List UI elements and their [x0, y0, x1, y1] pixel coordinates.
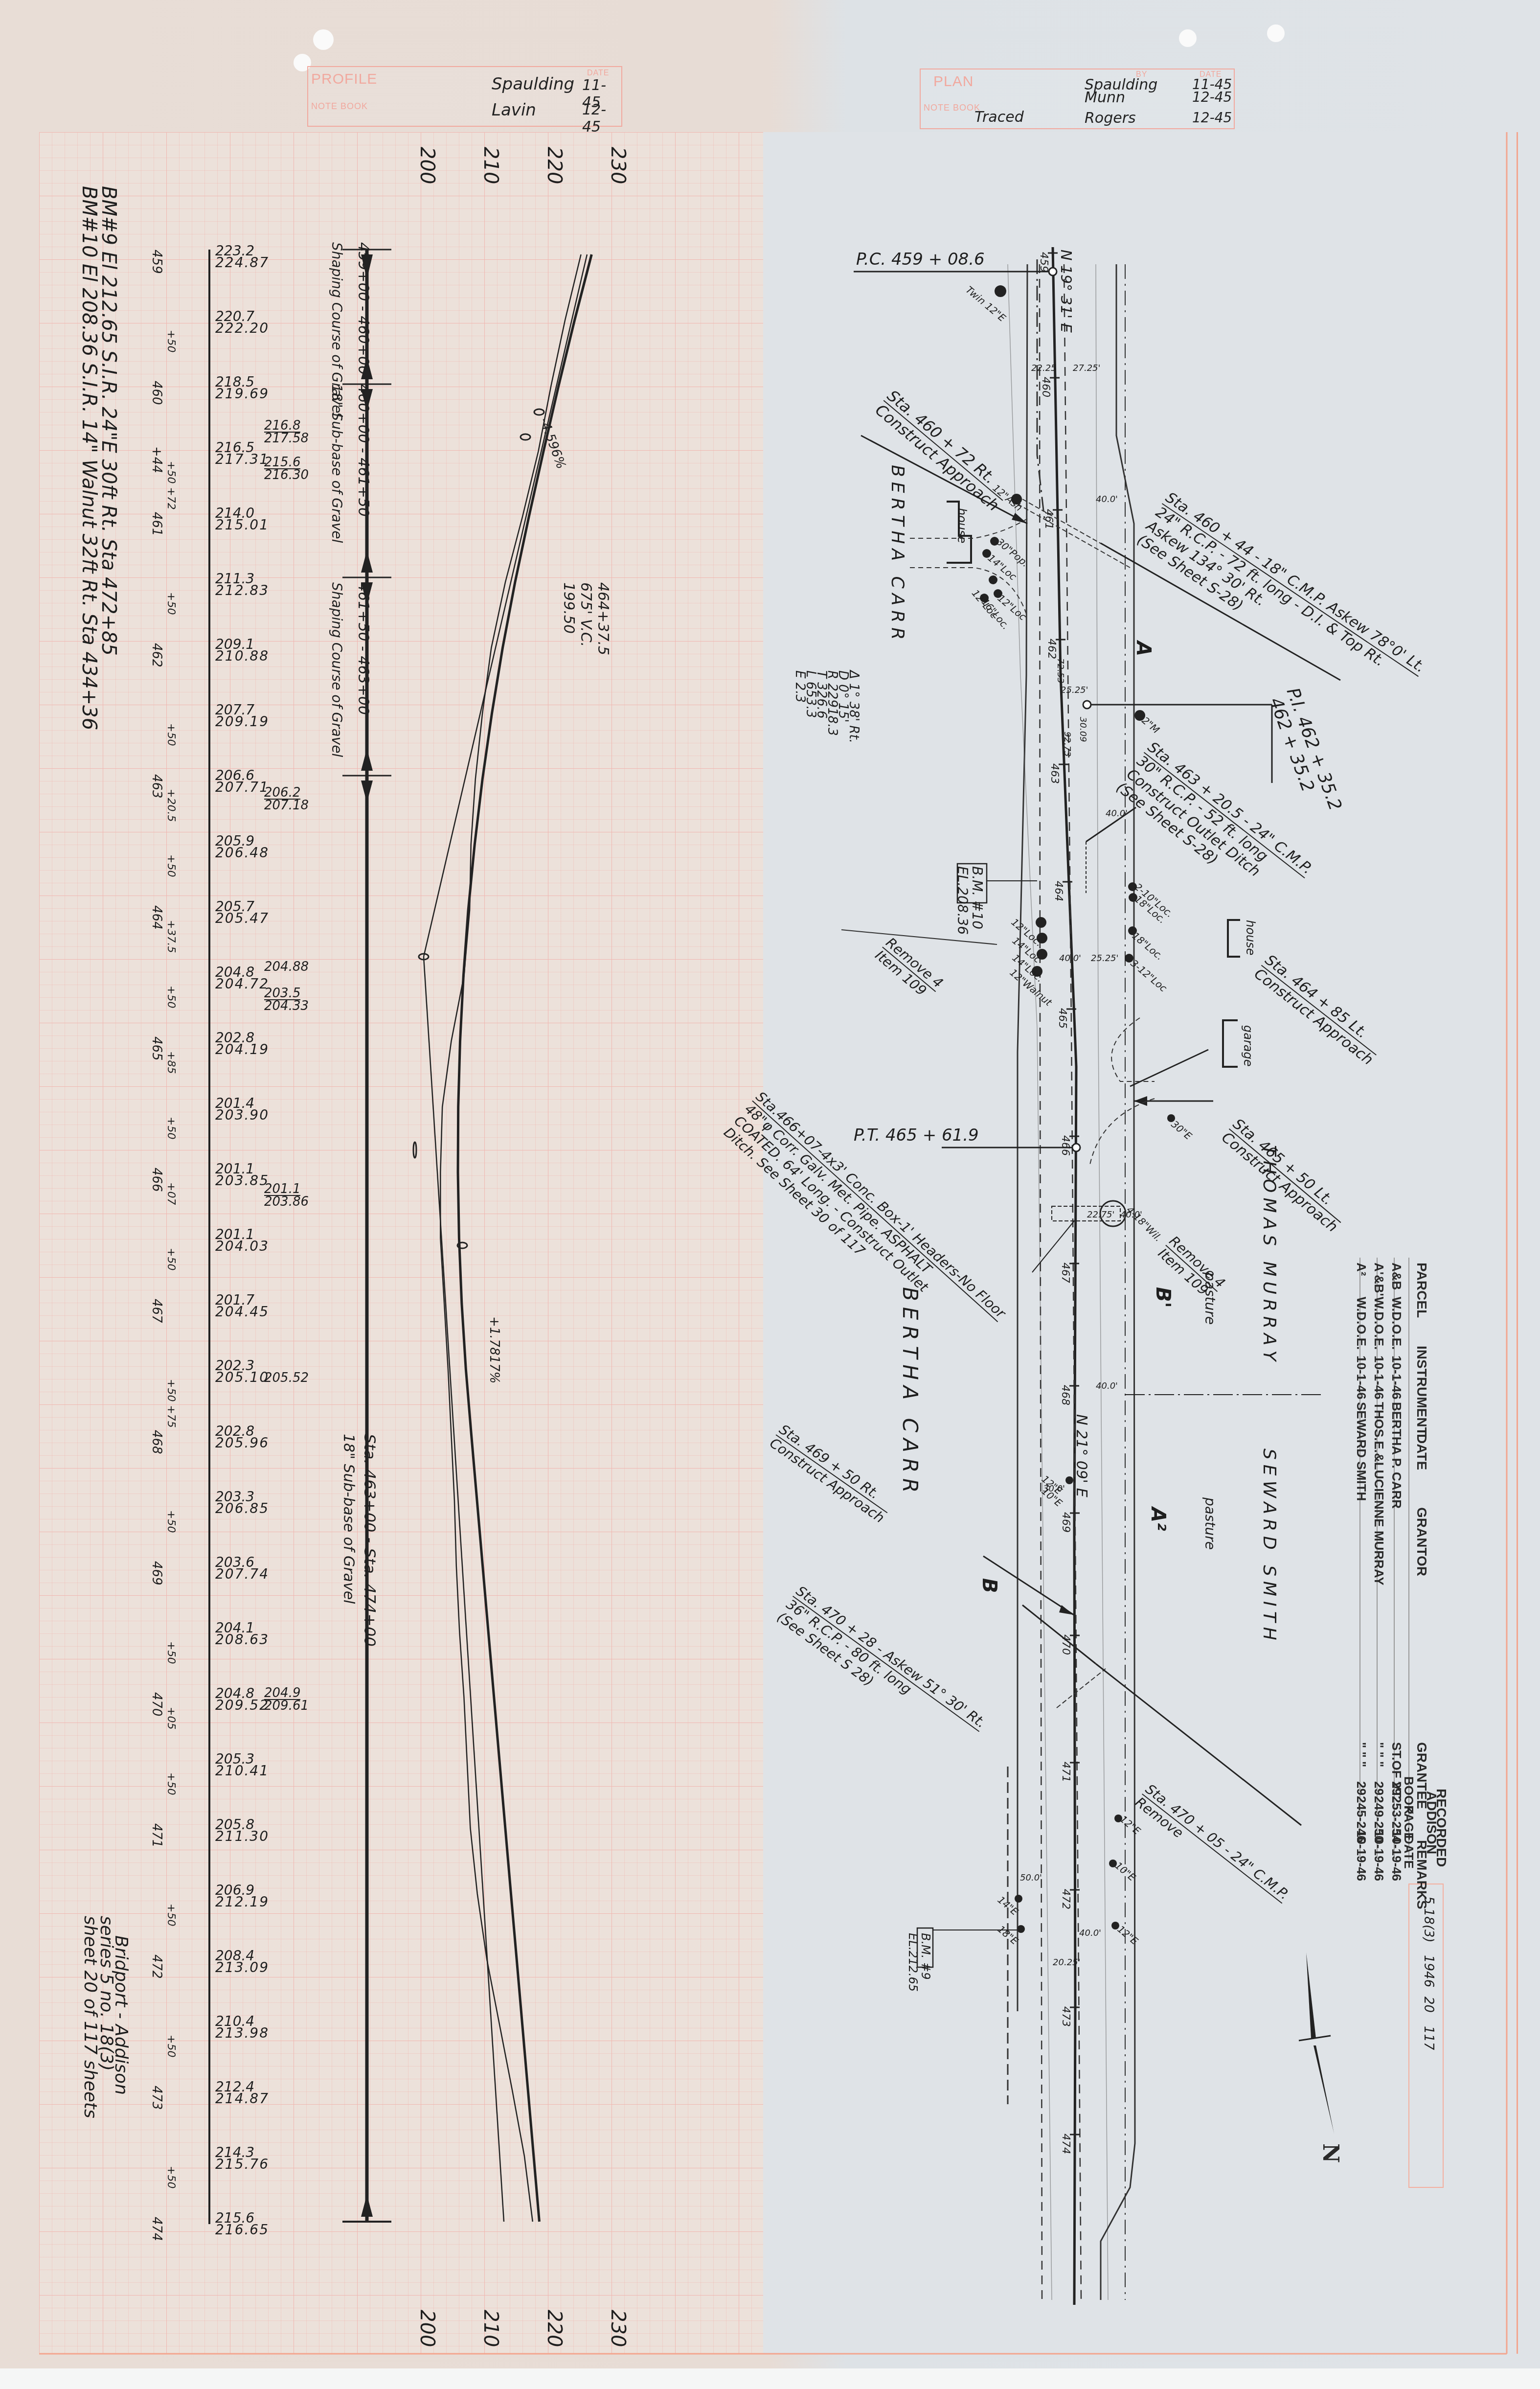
owner-seward-smith: SEWARD SMITH [1259, 1448, 1279, 1645]
garage-label: garage [1241, 1025, 1255, 1067]
row-table-cell: 29 [1371, 1781, 1386, 1795]
plan-station-label: 459 [1038, 252, 1050, 273]
row-table-header: INSTRUMENT [1414, 1346, 1429, 1436]
row-table-cell: W.D.O.E. [1354, 1297, 1369, 1350]
dimension-label: 40.0' [1096, 1381, 1118, 1391]
row-table-header: PARCEL [1414, 1263, 1429, 1318]
row-table-cell: 10-19-46 [1371, 1830, 1386, 1881]
row-table-cell: 10-1-46 [1389, 1355, 1404, 1400]
house-label-1: house [955, 508, 969, 543]
house-label-2: house [1244, 920, 1257, 955]
plan-station-label: 465 [1056, 1008, 1068, 1029]
section-a-label: A [1132, 641, 1155, 656]
owner-bertha-carr-2: BERTHA CARR [898, 1287, 922, 1498]
dimension-label: 30.0' [1043, 1484, 1065, 1494]
section-a2-label: A² [1147, 1507, 1169, 1531]
row-table-cell: A² [1354, 1263, 1369, 1276]
row-table-cell: W.D.O.E. [1389, 1297, 1404, 1350]
row-table-cell: W.D.O.E. [1371, 1297, 1386, 1350]
dimension-label: 50.0' [1020, 1873, 1042, 1883]
row-table-cell: A&B [1389, 1263, 1404, 1290]
row-table-cell: " " " [1354, 1742, 1369, 1767]
plan-station-label: 464 [1052, 881, 1064, 901]
owner-bertha-carr-1: BERTHA CARR [887, 465, 907, 644]
plan-station-label: 473 [1060, 2006, 1072, 2027]
dimension-label: 40.0' [1120, 1210, 1142, 1220]
bm10-elevation: EL.208.36 [955, 866, 970, 935]
row-table-header: DATE [1414, 1434, 1429, 1470]
plan-station-label: 466 [1059, 1135, 1071, 1156]
bm9-box: B.M. #9 EL.212.65 [906, 1933, 932, 1992]
row-table-header: GRANTOR [1414, 1507, 1429, 1576]
bearing-2: N 21° 09' E [1073, 1414, 1090, 1497]
pc-label: P.C. 459 + 08.6 [856, 250, 985, 269]
plan-station-label: 470 [1060, 1634, 1072, 1655]
row-table-cell: 10-1-46 [1354, 1355, 1369, 1400]
fed-year: 1946 [1421, 1955, 1436, 1987]
fed-sheet-no: 20 [1421, 1997, 1436, 2013]
dimension-label: 40.0' [1096, 494, 1118, 505]
row-table-cell: A'&B' [1371, 1263, 1386, 1296]
bm9-label: B.M. #9 [919, 1933, 932, 1992]
scan-margin [0, 2368, 1540, 2389]
dimension-label: 40.0' [1106, 808, 1128, 819]
row-table-cell: BERTHA P. CARR [1389, 1402, 1404, 1509]
fed-total-sheets: 117 [1421, 2026, 1436, 2050]
plan-station-label: 474 [1060, 2134, 1072, 2154]
section-b-prime-label: B' [1152, 1287, 1174, 1308]
plan-station-label: 467 [1059, 1263, 1071, 1283]
pt-label: P.T. 465 + 61.9 [854, 1126, 979, 1145]
dimension-label: 25.25' [1061, 685, 1088, 695]
fed-project-number: 5 18(3) [1421, 1896, 1436, 1943]
plan-station-label: 461 [1042, 509, 1055, 529]
plan-station-label: 468 [1059, 1385, 1071, 1405]
bearing-1: N 19° 31' E [1057, 250, 1074, 333]
dimension-label: 22.25 [1031, 363, 1057, 373]
pasture-label-2: pasture [1202, 1497, 1218, 1550]
dimension-label: 40.0' [1079, 1928, 1101, 1938]
dimension-label: 72.53 [1055, 658, 1065, 684]
dimension-label: 40.0' [1059, 953, 1081, 964]
row-table-cell: 10-1-46 [1371, 1355, 1386, 1400]
row-table-cell: THOS.E.&LUCIENNE MURRAY [1371, 1402, 1386, 1585]
dimension-label: 27.25' [1073, 363, 1100, 373]
dimension-label: 92.73 [1062, 732, 1072, 757]
plan-station-label: 472 [1060, 1889, 1072, 1909]
plan-station-label: 462 [1045, 639, 1058, 659]
row-table-cell: 10-19-46 [1389, 1830, 1404, 1881]
row-table-cell: 10-19-46 [1354, 1830, 1369, 1881]
plan-station-label: 471 [1060, 1762, 1072, 1782]
dimension-label: 25.25' [1091, 953, 1118, 964]
dimension-label: 30.09 [1078, 717, 1088, 742]
plan-station-label: 460 [1040, 377, 1052, 397]
bm10-box: B.M. #10 EL.208.36 [955, 866, 984, 935]
north-arrow-label: N [1318, 2143, 1343, 2163]
row-table-cell: 29 [1354, 1781, 1369, 1795]
plan-station-label: 469 [1060, 1512, 1072, 1533]
plan-station-label: 463 [1048, 763, 1061, 784]
row-table-cell: " " " [1371, 1742, 1386, 1767]
curve-parameter: E 2.3 [793, 670, 807, 703]
dimension-label: 20.25' [1053, 1957, 1080, 1968]
section-b-label: B [978, 1578, 1000, 1593]
bm9-elevation: EL.212.65 [906, 1933, 919, 1992]
dimension-label: 22.75' [1087, 1210, 1114, 1220]
row-table-cell: 29 [1389, 1781, 1404, 1795]
row-table-cell: SEWARD SMITH [1354, 1402, 1369, 1501]
bm10-label: B.M. #10 [970, 866, 984, 935]
